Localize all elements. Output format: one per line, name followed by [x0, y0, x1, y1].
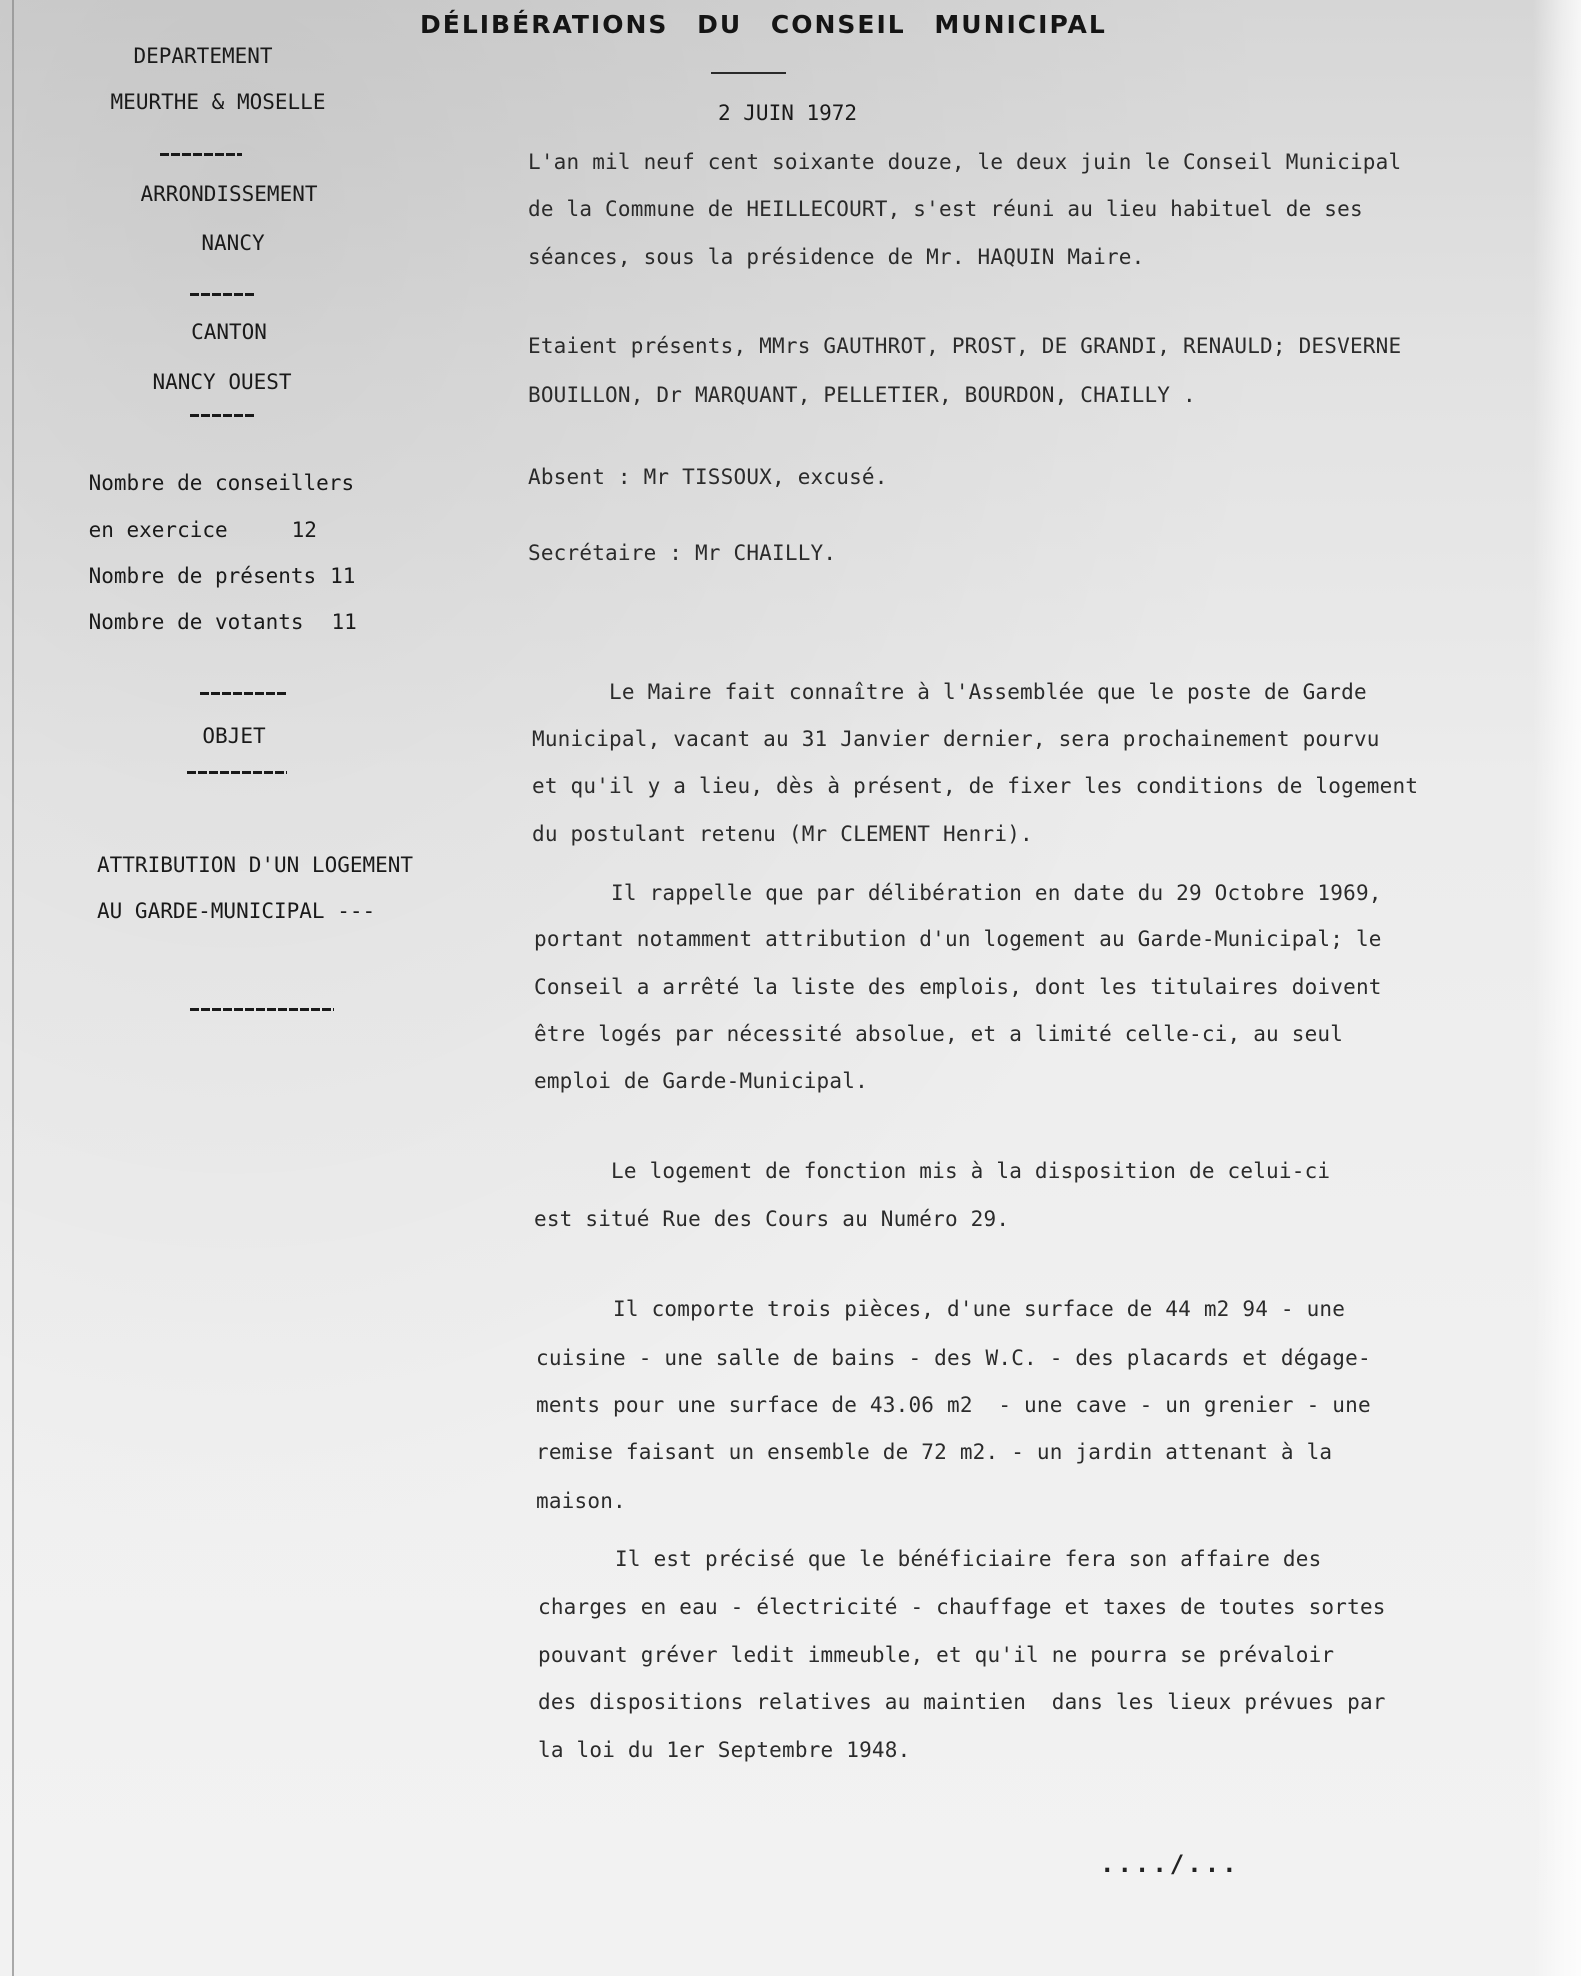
count-value: 11 [330, 564, 355, 588]
text-line: Conseil a arrêté la liste des emplois, d… [534, 975, 1382, 999]
text-line: Il rappelle que par délibération en date… [534, 881, 1382, 905]
text-line: Etaient présents, MMrs GAUTHROT, PROST, … [528, 334, 1401, 358]
text-line: Le Maire fait connaître à l'Assemblée qu… [532, 680, 1367, 704]
canton-label: CANTON [191, 320, 267, 344]
text-line: remise faisant un ensemble de 72 m2. - u… [536, 1440, 1332, 1464]
text-line: BOUILLON, Dr MARQUANT, PELLETIER, BOURDO… [528, 383, 1196, 407]
text-line: séances, sous la présidence de Mr. HAQUI… [528, 245, 1144, 269]
text-line: des dispositions relatives au maintien d… [538, 1690, 1386, 1714]
text-line: Il est précisé que le bénéficiaire fera … [538, 1547, 1321, 1571]
text-line: L'an mil neuf cent soixante douze, le de… [528, 150, 1401, 174]
text-line: portant notamment attribution d'un logem… [534, 927, 1382, 951]
departement-label: DEPARTEMENT [133, 44, 272, 68]
text-line: ments pour une surface de 43.06 m2 - une… [536, 1393, 1371, 1417]
text-line: pouvant gréver ledit immeuble, et qu'il … [538, 1643, 1334, 1667]
count-value: 11 [332, 610, 357, 634]
separator [190, 293, 256, 296]
arrondissement-label: ARRONDISSEMENT [140, 182, 317, 206]
count-value: 12 [292, 518, 317, 542]
text-line: emploi de Garde-Municipal. [534, 1069, 868, 1093]
page-right-edge [1533, 0, 1581, 1976]
text-line: et qu'il y a lieu, dès à présent, de fix… [532, 774, 1418, 798]
secretaire-line: Secrétaire : Mr CHAILLY. [528, 541, 836, 565]
text-line: maison. [536, 1489, 626, 1513]
count-label: Nombre de présents [89, 564, 317, 588]
absent-line: Absent : Mr TISSOUX, excusé. [528, 465, 888, 489]
separator [160, 153, 242, 156]
objet-line: ATTRIBUTION D'UN LOGEMENT [97, 853, 413, 877]
document-title: DÉLIBÉRATIONS DU CONSEIL MUNICIPAL [420, 10, 1107, 39]
count-row: Nombre de votants11 [38, 586, 357, 658]
canton-value: NANCY OUEST [152, 370, 291, 394]
text-line: la loi du 1er Septembre 1948. [538, 1738, 910, 1762]
page-continuation-mark: ..../... [1100, 1850, 1240, 1878]
text-line: du postulant retenu (Mr CLEMENT Henri). [532, 822, 1033, 846]
separator [190, 414, 256, 417]
text-line: de la Commune de HEILLECOURT, s'est réun… [528, 197, 1363, 221]
arrondissement-value: NANCY [201, 231, 264, 255]
text-line: cuisine - une salle de bains - des W.C. … [536, 1346, 1371, 1370]
separator [200, 692, 286, 695]
text-line: charges en eau - électricité - chauffage… [538, 1595, 1386, 1619]
objet-line: AU GARDE-MUNICIPAL --- [97, 899, 375, 923]
departement-value: MEURTHE & MOSELLE [111, 90, 326, 114]
text-line: est situé Rue des Cours au Numéro 29. [534, 1207, 1009, 1231]
text-line: Le logement de fonction mis à la disposi… [534, 1159, 1330, 1183]
page-left-edge [12, 0, 14, 1976]
title-underline [711, 72, 786, 74]
count-label: Nombre de votants [89, 610, 304, 634]
text-line: Il comporte trois pièces, d'une surface … [536, 1297, 1345, 1321]
separator [190, 1008, 334, 1011]
meeting-date: 2 JUIN 1972 [718, 101, 857, 125]
text-line: être logés par nécessité absolue, et a l… [534, 1022, 1343, 1046]
count-label: Nombre de conseillers [89, 471, 355, 495]
objet-label: OBJET [202, 724, 265, 748]
separator [187, 771, 287, 774]
text-line: Municipal, vacant au 31 Janvier dernier,… [532, 727, 1380, 751]
count-label: en exercice [89, 518, 228, 542]
